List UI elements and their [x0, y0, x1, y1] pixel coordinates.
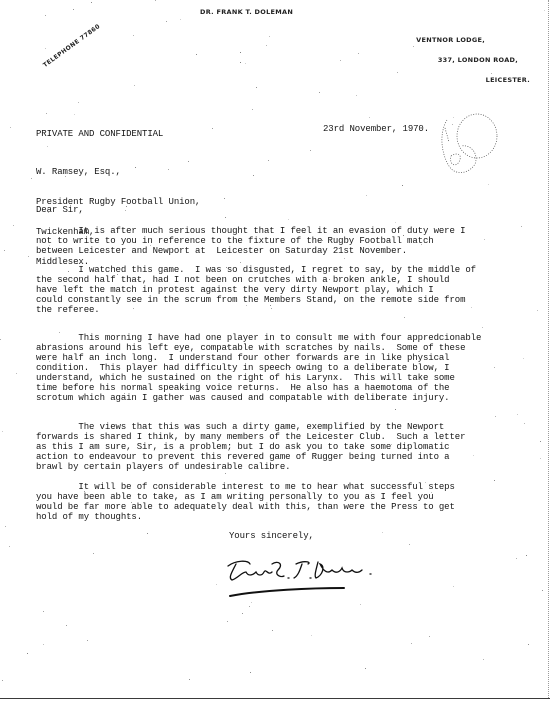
scan-speck — [516, 558, 517, 559]
scan-speck — [521, 226, 522, 227]
scan-speck — [421, 244, 422, 245]
paragraph: It is after much serious thought that I … — [36, 226, 465, 256]
scan-speck — [133, 308, 134, 309]
scan-speck — [0, 339, 1, 340]
scan-speck — [124, 393, 125, 394]
scan-speck — [249, 606, 250, 607]
paragraph: I watched this game. I was so disgusted,… — [36, 265, 476, 315]
scan-speck — [216, 584, 217, 585]
scan-speck — [413, 46, 414, 47]
scan-speck — [13, 225, 14, 226]
paragraph-line: not to write to you in reference to the … — [36, 236, 465, 246]
paragraph-line: It is after much serious thought that I … — [36, 226, 465, 236]
paragraph-line: were half an inch long. I understand fou… — [36, 353, 481, 363]
classification-label: PRIVATE AND CONFIDENTIAL — [36, 129, 163, 139]
scan-speck — [245, 63, 246, 64]
scan-speck — [43, 644, 44, 645]
scan-speck — [409, 544, 410, 545]
address-line: 337, LONDON ROAD, — [416, 50, 518, 70]
paragraph: The views that this was such a dirty gam… — [36, 422, 465, 472]
scan-speck — [68, 271, 69, 272]
paragraph-line: hold of my thoughts. — [36, 512, 455, 522]
address-line: VENTNOR LODGE, — [416, 30, 485, 50]
scan-speck — [288, 219, 289, 220]
page-edge-bottom — [0, 698, 550, 699]
scan-speck — [517, 414, 518, 415]
scan-speck — [50, 344, 51, 345]
paragraph-line: scrotum which again I gather was caused … — [36, 393, 481, 403]
scan-speck — [371, 492, 372, 493]
scan-speck — [2, 680, 3, 681]
scan-speck — [250, 672, 251, 673]
scan-speck — [5, 526, 6, 527]
page-edge-right — [547, 0, 549, 698]
scan-speck — [391, 444, 392, 445]
address-line: LEICESTER. — [416, 70, 530, 90]
closing: Yours sincerely, — [229, 531, 314, 541]
scan-speck — [45, 48, 46, 49]
paragraph-line: I watched this game. I was so disgusted,… — [36, 265, 476, 275]
paragraph-line: the referee. — [36, 305, 476, 315]
scan-speck — [227, 346, 228, 347]
scan-speck — [382, 532, 383, 533]
scan-speck — [78, 102, 79, 103]
paragraph-line: time before his normal speaking voice re… — [36, 383, 481, 393]
scan-speck — [302, 453, 303, 454]
scan-speck — [524, 423, 525, 424]
scan-speck — [77, 263, 78, 264]
scan-speck — [267, 390, 268, 391]
scan-speck — [46, 113, 47, 114]
scan-speck — [366, 248, 367, 249]
scan-speck — [526, 555, 527, 556]
scan-speck — [117, 274, 118, 275]
scan-speck — [405, 366, 406, 367]
scan-speck — [268, 160, 269, 161]
scan-speck — [252, 109, 253, 110]
scan-speck — [91, 2, 92, 3]
scan-speck — [93, 553, 94, 554]
scan-speck — [122, 271, 123, 272]
paragraph-line: you have been able to take, as I am writ… — [36, 492, 455, 502]
scan-speck — [542, 590, 543, 591]
scan-speck — [290, 367, 291, 368]
paragraph-line: condition. This player had difficulty in… — [36, 363, 481, 373]
scan-speck — [27, 653, 28, 654]
scan-speck — [473, 455, 474, 456]
scan-speck — [246, 305, 247, 306]
scan-speck — [189, 679, 190, 680]
paragraph-line: forwards is shared I think, by many memb… — [36, 432, 465, 442]
scan-speck — [240, 52, 241, 53]
scan-speck — [425, 482, 426, 483]
scan-speck — [251, 602, 252, 603]
scan-speck — [73, 9, 74, 10]
paragraph-line: the second half that, had I not been on … — [36, 275, 476, 285]
scan-speck — [240, 62, 241, 63]
scan-speck — [59, 332, 60, 333]
scan-speck — [270, 305, 271, 306]
scan-speck — [48, 212, 49, 213]
scan-speck — [103, 291, 104, 292]
scan-speck — [131, 502, 132, 503]
scan-speck — [126, 206, 127, 207]
scan-speck — [540, 441, 541, 442]
scan-speck — [491, 73, 492, 74]
scan-speck — [305, 339, 306, 340]
paragraph: This morning I have had one player in to… — [36, 333, 481, 403]
handwritten-signature: Frank T. Doleman. — [222, 552, 382, 602]
scan-speck — [66, 309, 67, 310]
scan-speck — [271, 308, 272, 309]
letter-page: DR. FRANK T. DOLEMAN TELEPHONE 77860 VEN… — [0, 0, 550, 703]
scan-speck — [523, 358, 524, 359]
scan-speck — [49, 245, 50, 246]
scan-speck — [251, 359, 252, 360]
scan-speck — [494, 480, 495, 481]
scan-speck — [155, 0, 156, 1]
scan-speck — [528, 644, 529, 645]
scan-speck — [74, 114, 75, 115]
scan-speck — [196, 54, 197, 55]
scan-speck — [43, 611, 44, 612]
scan-speck — [322, 240, 323, 241]
paragraph: It will be of considerable interest to m… — [36, 482, 455, 522]
letter-date: 23rd November, 1970. — [323, 124, 429, 134]
scan-speck — [225, 217, 226, 218]
scan-speck — [483, 659, 484, 660]
scan-speck — [226, 267, 227, 268]
scan-speck — [298, 230, 299, 231]
scan-speck — [269, 36, 270, 37]
scan-speck — [4, 250, 5, 251]
scan-speck — [256, 87, 257, 88]
paragraph-line: It will be of considerable interest to m… — [36, 482, 455, 492]
scan-speck — [471, 307, 472, 308]
scan-speck — [403, 235, 404, 236]
scan-speck — [397, 72, 398, 73]
scan-speck — [253, 175, 254, 176]
scan-speck — [369, 117, 370, 118]
scan-speck — [224, 198, 225, 199]
scan-speck — [240, 262, 241, 263]
scan-speck — [404, 317, 405, 318]
scan-speck — [310, 150, 311, 151]
scan-speck — [335, 376, 336, 377]
scan-speck — [411, 643, 412, 644]
scan-speck — [147, 533, 148, 534]
paragraph-line: understand, which he sustained on the ri… — [36, 373, 481, 383]
scan-speck — [242, 613, 243, 614]
scan-speck — [356, 95, 357, 96]
scan-speck — [129, 516, 130, 517]
scan-speck — [311, 635, 312, 636]
scan-speck — [494, 367, 495, 368]
scan-speck — [307, 491, 308, 492]
scan-speck — [212, 128, 213, 129]
scan-speck — [319, 92, 320, 93]
scan-speck — [128, 467, 129, 468]
scan-speck — [9, 546, 10, 547]
scan-speck — [16, 373, 17, 374]
paragraph-line: as this I am sure, Sir, is a problem; bu… — [36, 442, 465, 452]
scan-speck — [484, 239, 485, 240]
scan-speck — [50, 311, 51, 312]
scan-speck — [431, 492, 432, 493]
scan-speck — [360, 341, 361, 342]
scan-speck — [395, 222, 396, 223]
paragraph-line: between Leicester and Newport at Leicest… — [36, 246, 465, 256]
doodle-sketch — [435, 108, 515, 188]
scan-speck — [84, 491, 85, 492]
scan-speck — [31, 178, 32, 179]
scan-speck — [402, 185, 403, 186]
scan-speck — [180, 19, 181, 20]
scan-speck — [452, 124, 453, 125]
scan-speck — [227, 621, 228, 622]
scan-speck — [45, 15, 46, 16]
scan-speck — [10, 127, 11, 128]
paragraph-line: would be far more able to adequately dea… — [36, 502, 455, 512]
scan-speck — [453, 117, 454, 118]
scan-speck — [540, 458, 541, 459]
letterhead-telephone: TELEPHONE 77860 — [42, 23, 102, 69]
scan-speck — [344, 258, 345, 259]
paragraph-line: could constantly see in the scrum from t… — [36, 295, 476, 305]
scan-speck — [188, 161, 189, 162]
scan-speck — [137, 279, 138, 280]
scan-speck — [135, 167, 136, 168]
scan-speck — [544, 10, 545, 11]
scan-speck — [87, 640, 88, 641]
recipient-line: W. Ramsey, Esq., — [36, 167, 200, 177]
scan-speck — [65, 176, 66, 177]
scan-speck — [272, 630, 273, 631]
scan-speck — [125, 210, 126, 211]
scan-speck — [495, 416, 496, 417]
scan-speck — [150, 245, 151, 246]
letterhead-name: DR. FRANK T. DOLEMAN — [200, 8, 293, 16]
scan-speck — [407, 445, 408, 446]
scan-speck — [127, 514, 128, 515]
scan-speck — [395, 409, 396, 410]
scan-speck — [133, 35, 134, 36]
scan-speck — [66, 625, 67, 626]
scan-speck — [333, 267, 334, 268]
scan-speck — [169, 428, 170, 429]
paragraph-line: The views that this was such a dirty gam… — [36, 422, 465, 432]
scan-speck — [488, 184, 489, 185]
scan-speck — [429, 636, 430, 637]
paragraph-line: brawl by certain players of undesirable … — [36, 462, 465, 472]
scan-speck — [366, 195, 367, 196]
paragraph-line: This morning I have had one player in to… — [36, 333, 481, 343]
scan-speck — [360, 604, 361, 605]
scan-speck — [482, 327, 483, 328]
scan-speck — [266, 45, 267, 46]
scan-speck — [537, 310, 538, 311]
scan-speck — [453, 586, 454, 587]
scan-speck — [61, 228, 62, 229]
scan-speck — [183, 387, 184, 388]
scan-speck — [47, 146, 48, 147]
letterhead-address: VENTNOR LODGE, 337, LONDON ROAD, LEICEST… — [416, 30, 530, 90]
paragraph-line: abrasions around his left eye, compatabl… — [36, 343, 481, 353]
scan-speck — [225, 473, 226, 474]
scan-speck — [168, 169, 169, 170]
scan-speck — [28, 256, 29, 257]
paragraph-line: action to endeavour to prevent this reve… — [36, 452, 465, 462]
scan-speck — [166, 21, 167, 22]
scan-speck — [49, 361, 50, 362]
scan-speck — [139, 428, 140, 429]
scan-speck — [329, 279, 330, 280]
paragraph-line: have left the match in protest against t… — [36, 285, 476, 295]
scan-speck — [365, 668, 366, 669]
scan-speck — [340, 60, 341, 61]
scan-speck — [358, 53, 359, 54]
scan-speck — [69, 506, 70, 507]
salutation: Dear Sir, — [36, 205, 84, 215]
scan-speck — [134, 85, 135, 86]
scan-speck — [2, 431, 3, 432]
scan-speck — [271, 291, 272, 292]
